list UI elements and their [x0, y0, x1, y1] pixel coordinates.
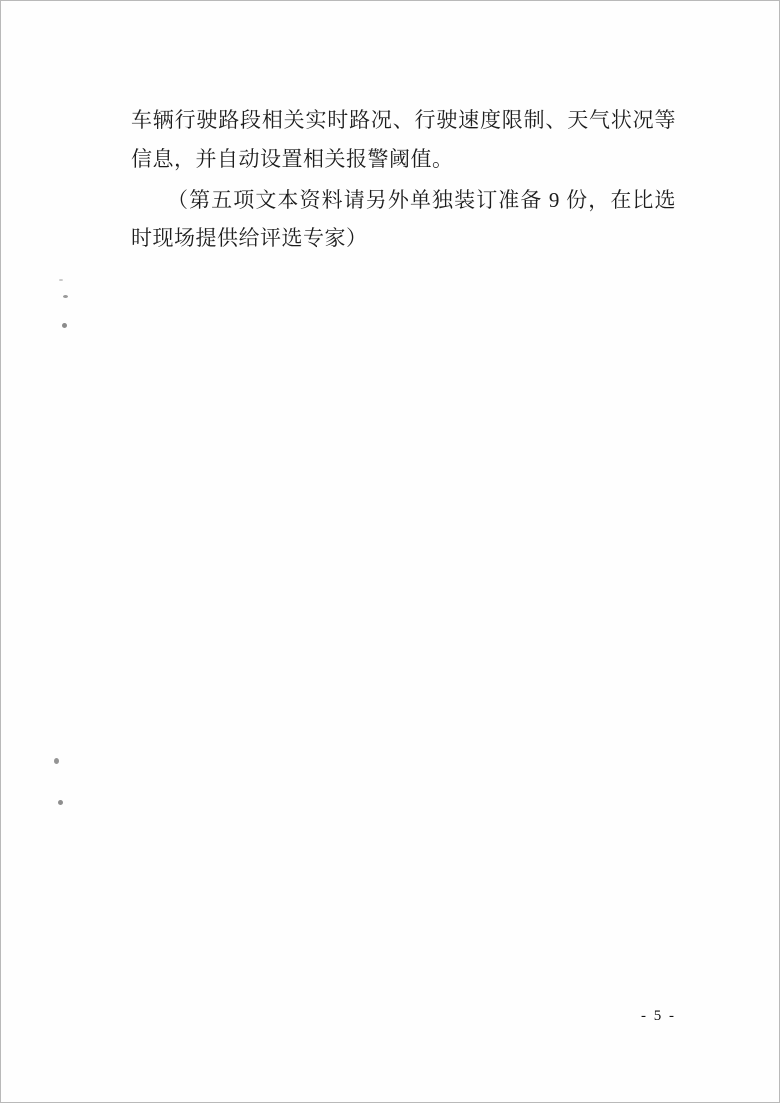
page-number: - 5 -: [641, 1008, 676, 1025]
scan-speck: [54, 758, 59, 764]
scan-speck: [63, 295, 68, 298]
scan-speck: [62, 323, 67, 328]
body-text-line-1: 车辆行驶路段相关实时路况、行驶速度限制、天气状况等: [131, 107, 676, 134]
body-text-line-4: 时现场提供给评选专家）: [131, 225, 676, 252]
document-page: 车辆行驶路段相关实时路况、行驶速度限制、天气状况等 信息，并自动设置相关报警阈值…: [0, 0, 780, 1103]
scan-speck: [59, 279, 63, 281]
body-text-line-2: 信息，并自动设置相关报警阈值。: [131, 146, 676, 173]
scan-speck: [58, 800, 63, 805]
body-text-line-3: （第五项文本资料请另外单独装订准备 9 份，在比选: [131, 187, 676, 214]
